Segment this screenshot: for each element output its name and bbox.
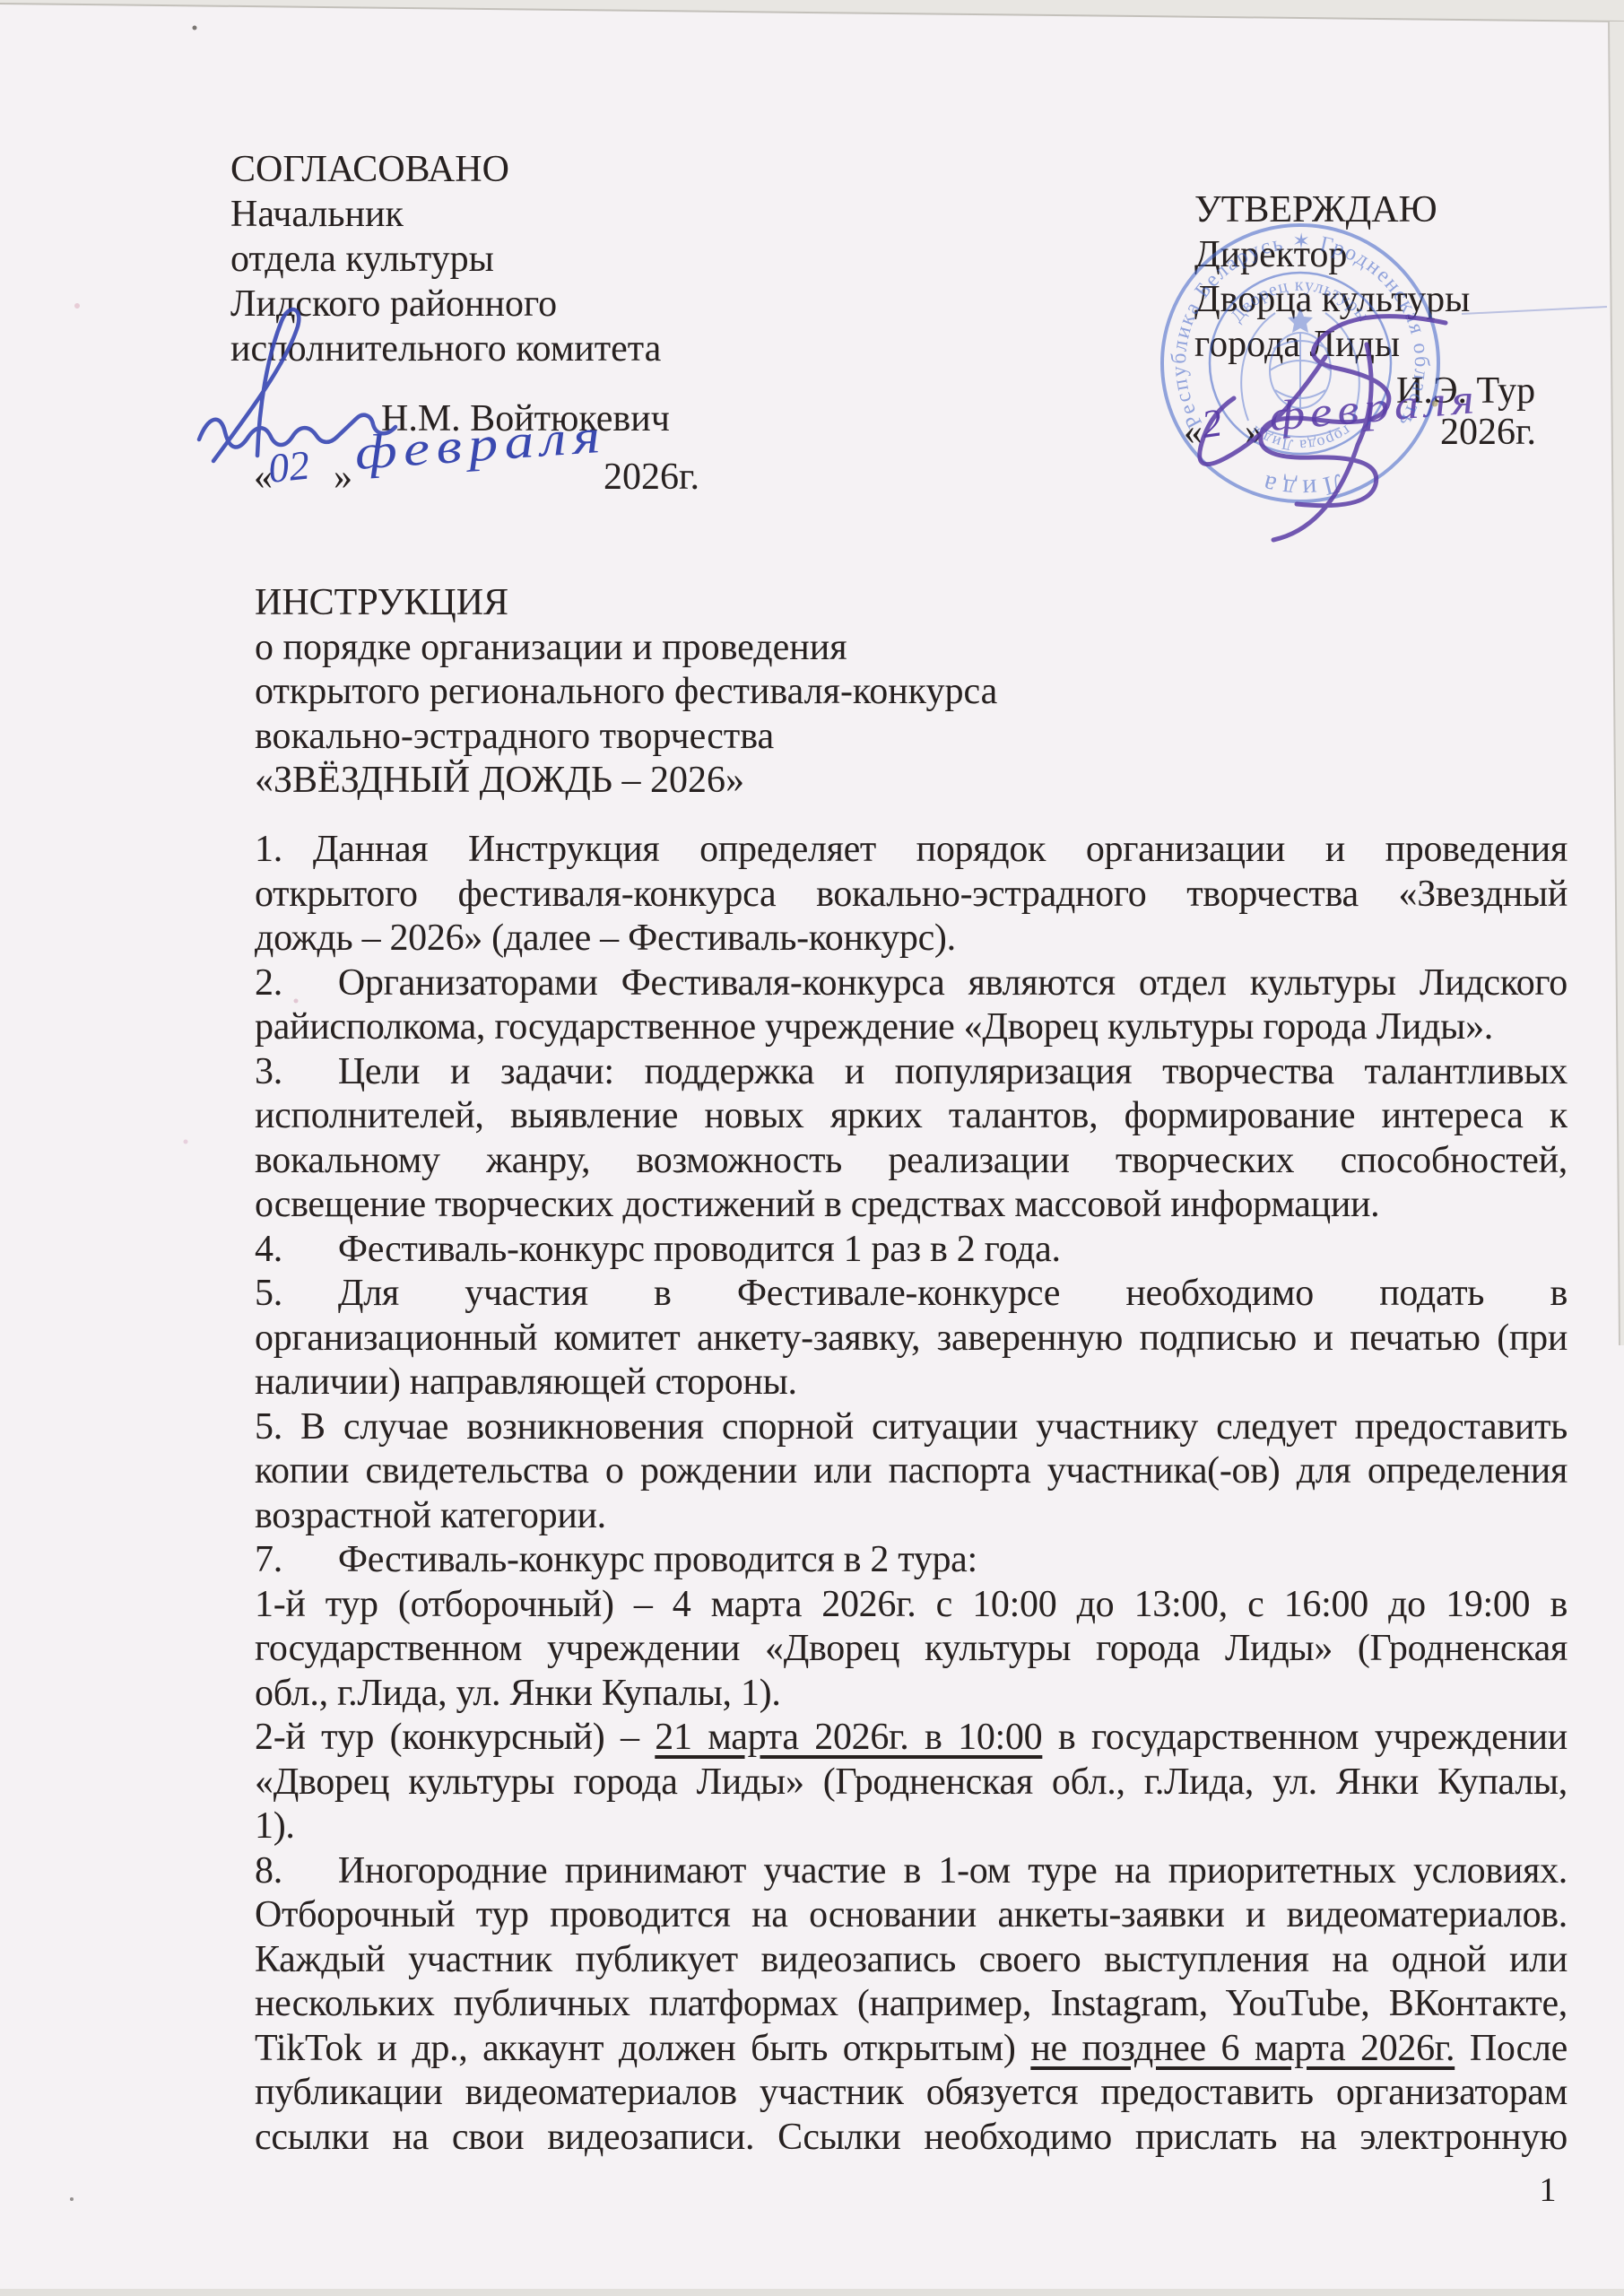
title-line: «ЗВЁЗДНЫЙ ДОЖДЬ – 2026» <box>255 758 744 803</box>
scan-edge-top-line <box>0 4 1624 22</box>
handwritten-day-right: 2 <box>1199 399 1225 448</box>
approval-left-line: Лидского районного <box>230 282 557 326</box>
body-line: 2.Организаторами Фестиваля-конкурса явля… <box>255 961 1568 1006</box>
stamp-ring-bottom-text: Лида <box>1255 467 1345 503</box>
body-text: Отборочный тур проводится на основании а… <box>255 1894 1568 1935</box>
approval-left-heading: СОГЛАСОВАНО <box>230 147 509 192</box>
body-text: освещение творческих достижений в средст… <box>255 1184 1379 1225</box>
body-line: освещение творческих достижений в средст… <box>255 1183 1568 1228</box>
scan-edge-right-line <box>1609 22 1620 1345</box>
item-number: 1. <box>255 829 282 870</box>
approval-right-date-quote-open: « <box>1184 410 1203 455</box>
body-line: обл., г.Лида, ул. Янки Купалы, 1). <box>255 1672 1568 1717</box>
body-text: «Дворец культуры города Лиды» (Гродненск… <box>255 1761 1568 1803</box>
body-text: 2-й тур (конкурсный) – <box>255 1717 655 1758</box>
title-line: ИНСТРУКЦИЯ <box>255 580 508 625</box>
body-line: ссылки на свои видеозаписи. Ссылки необх… <box>255 2116 1568 2161</box>
body-line: 7.Фестиваль-конкурс проводится в 2 тура: <box>255 1538 1568 1583</box>
body-text: 1-й тур (отборочный) – 4 марта 2026г. с … <box>255 1584 1568 1625</box>
body-text: возрастной категории. <box>255 1495 606 1536</box>
body-line: организационный комитет анкету-заявку, з… <box>255 1317 1568 1361</box>
body-text: TikTok и др., аккаунт должен быть открыт… <box>255 2028 1030 2069</box>
approval-right-line: Директор <box>1194 232 1347 277</box>
body-text: вокальному жанру, возможность реализации… <box>255 1140 1568 1181</box>
approval-right-line: города Лиды <box>1194 322 1400 367</box>
body-line: 5. В случае возникновения спорной ситуац… <box>255 1405 1568 1450</box>
body-text: копии свидетельства о рождении или паспо… <box>255 1450 1568 1492</box>
body-line: вокальному жанру, возможность реализации… <box>255 1139 1568 1184</box>
scan-edge-top <box>0 0 1624 22</box>
item-number: 5. <box>255 1273 282 1314</box>
approval-left-date-year: 2026г. <box>604 455 699 500</box>
body-line: TikTok и др., аккаунт должен быть открыт… <box>255 2027 1568 2072</box>
body-text: исполнителей, выявление новых ярких тала… <box>255 1095 1568 1136</box>
body-text: После <box>1455 2028 1568 2069</box>
body-line: наличии) направляющей стороны. <box>255 1361 1568 1405</box>
approval-right-line: Дворца культуры <box>1194 277 1470 322</box>
body-text: государственном учреждении «Дворец культ… <box>255 1628 1568 1669</box>
body-text: публикации видеоматериалов участник обяз… <box>255 2072 1568 2113</box>
body-text: организационный комитет анкету-заявку, з… <box>255 1318 1568 1359</box>
body-line: 5.Для участия в Фестивале-конкурсе необх… <box>255 1272 1568 1317</box>
body-text: ссылки на свои видеозаписи. Ссылки необх… <box>255 2117 1568 2158</box>
item-number: 3. <box>255 1051 282 1092</box>
body-text: в государственном учреждении <box>1042 1717 1568 1758</box>
underlined-text: не позднее 6 марта 2026г. <box>1030 2028 1455 2069</box>
handwritten-day-left: 02 <box>265 440 311 492</box>
signature-rule-line <box>1462 307 1607 314</box>
underlined-text: 21 марта 2026г. в 10:00 <box>655 1717 1042 1758</box>
body-line: 2-й тур (конкурсный) – 21 марта 2026г. в… <box>255 1716 1568 1761</box>
body-text: Фестиваль-конкурс проводится в 2 тура: <box>338 1539 977 1580</box>
body-text: Данная Инструкция определяет порядок орг… <box>313 829 1568 870</box>
body-line: 4.Фестиваль-конкурс проводится 1 раз в 2… <box>255 1228 1568 1273</box>
body-text: Организаторами Фестиваля-конкурса являют… <box>338 962 1568 1004</box>
body-text: нескольких публичных платформах (наприме… <box>255 1983 1568 2024</box>
body-line: 1.Данная Инструкция определяет порядок о… <box>255 828 1568 873</box>
body-text: открытого фестиваля-конкурса вокально-эс… <box>255 874 1568 915</box>
body-line: «Дворец культуры города Лиды» (Гродненск… <box>255 1761 1568 1805</box>
body-text: Фестиваль-конкурс проводится 1 раз в 2 г… <box>338 1229 1061 1270</box>
approval-left-line: Начальник <box>230 192 404 237</box>
approval-right-heading: УТВЕРЖДАЮ <box>1194 187 1437 232</box>
body-line: нескольких публичных платформах (наприме… <box>255 1982 1568 2027</box>
body-text: обл., г.Лида, ул. Янки Купалы, 1). <box>255 1673 781 1714</box>
item-number: 8. <box>255 1850 282 1892</box>
title-line: вокально-эстрадного творчества <box>255 714 774 759</box>
body-text: наличии) направляющей стороны. <box>255 1361 797 1403</box>
item-number: 2. <box>255 962 282 1004</box>
body-text: Каждый участник публикует видеозапись св… <box>255 1939 1568 1980</box>
approval-right-date-quote-close: » <box>1245 410 1264 455</box>
body-line: исполнителей, выявление новых ярких тала… <box>255 1094 1568 1139</box>
scan-edge-right <box>1609 22 1624 1345</box>
body-text: Для участия в Фестивале-конкурсе необход… <box>338 1273 1568 1314</box>
title-line: открытого регионального фестиваля-конкур… <box>255 669 997 714</box>
body-line: государственном учреждении «Дворец культ… <box>255 1627 1568 1672</box>
body-line: Отборочный тур проводится на основании а… <box>255 1893 1568 1938</box>
body-text: 5. В случае возникновения спорной ситуац… <box>255 1406 1568 1448</box>
approval-left-line: исполнительного комитета <box>230 326 661 371</box>
body-text: райисполкома, государственное учреждение… <box>255 1006 1493 1048</box>
title-line: о порядке организации и проведения <box>255 625 847 670</box>
body-line: 1). <box>255 1805 1568 1849</box>
body-line: 1-й тур (отборочный) – 4 марта 2026г. с … <box>255 1583 1568 1628</box>
svg-text:Лида: Лида <box>1255 467 1345 503</box>
body-text: Иногородние принимают участие в 1-ом тур… <box>338 1850 1568 1892</box>
body-line: Каждый участник публикует видеозапись св… <box>255 1938 1568 1983</box>
item-number: 7. <box>255 1539 282 1580</box>
body-text: Цели и задачи: поддержка и популяризация… <box>338 1051 1568 1092</box>
body-line: дождь – 2026» (далее – Фестиваль-конкурс… <box>255 917 1568 961</box>
body-text: 1). <box>255 1805 295 1847</box>
body-line: открытого фестиваля-конкурса вокально-эс… <box>255 873 1568 918</box>
scan-edge-bottom <box>0 2289 1624 2296</box>
page-number: 1 <box>1530 2170 1566 2210</box>
body-line: публикации видеоматериалов участник обяз… <box>255 2071 1568 2116</box>
body-line: 3.Цели и задачи: поддержка и популяризац… <box>255 1050 1568 1095</box>
body-line: возрастной категории. <box>255 1494 1568 1539</box>
body-text: дождь – 2026» (далее – Фестиваль-конкурс… <box>255 918 956 959</box>
item-number: 4. <box>255 1229 282 1270</box>
body-line: 8.Иногородние принимают участие в 1-ом т… <box>255 1849 1568 1894</box>
approval-left-date-quote-close: » <box>334 455 352 500</box>
approval-right-date-year: 2026г. <box>1440 410 1536 455</box>
body-line: копии свидетельства о рождении или паспо… <box>255 1449 1568 1494</box>
body-line: райисполкома, государственное учреждение… <box>255 1005 1568 1050</box>
approval-left-line: отдела культуры <box>230 237 494 282</box>
